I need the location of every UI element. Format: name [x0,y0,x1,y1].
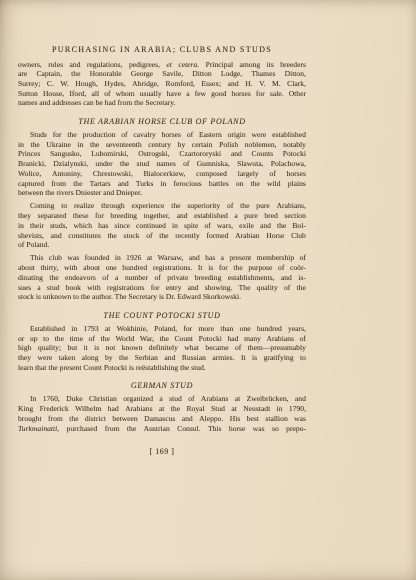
paragraph: Thisclubwasfoundedin1926atWarsaw,andhasa… [18,253,306,302]
text-line: shevists,andconstitutesthestockoftherece… [18,231,306,241]
word: one [240,324,251,334]
text-line: dinatingtheendeavorsofanumberofprivatebr… [18,273,306,283]
word: and [51,231,62,241]
word: taken [59,353,75,363]
word: in [277,404,283,414]
word: century [148,140,171,150]
word: they [18,211,31,221]
word: up [30,334,38,344]
word: The [239,283,251,293]
word: in [77,140,83,150]
word: Polachowa, [271,159,306,169]
section-heading: THE ARABIAN HORSE CLUB OF POLAND [18,117,306,127]
word: the [277,221,286,231]
word: noblemen, [245,140,277,150]
word: between [112,414,137,424]
word: of [102,273,108,283]
word: coör- [290,263,306,273]
word: It [241,353,246,363]
word: Surrey; [18,79,40,89]
word: Ditton [192,69,211,79]
word: of [155,273,161,283]
word: M. [272,79,281,89]
word: of [227,201,233,211]
word: for [151,283,160,293]
text-block: PURCHASING IN ARABIA; CLUBS AND STUDS ow… [18,45,306,457]
text-line: oruptothetimeoftheWorldWar,theCountPotoc… [18,334,306,344]
word: seventeenth [106,140,142,150]
word: in [172,221,178,231]
word: George [131,69,153,79]
word: gratifying [264,353,294,363]
word: regulations, [87,60,123,70]
word: Horse [266,231,284,241]
word: horses [231,89,250,99]
text-line: intheUkraineintheseventeenthcenturybycer… [18,140,306,150]
word: Thames [251,69,275,79]
word: established [272,130,306,140]
word: all [92,89,100,99]
word: formed [206,231,228,241]
word: founded [85,253,110,263]
word: production [83,130,116,140]
word: prepo- [286,424,306,434]
text-line: names and addresses can be had from the … [18,98,306,108]
word: bred [264,211,278,221]
word: Potocki [199,334,222,344]
word: In [30,394,36,404]
text-line: stock is unknown to the author. The Secr… [18,292,306,302]
word: Wokhinie, [117,324,148,334]
word: hundred [122,263,147,273]
word: these [73,211,89,221]
running-header: PURCHASING IN ARABIA; CLUBS AND STUDS [18,45,306,54]
word: of [300,334,306,344]
text-line: of Poland. [18,240,306,250]
word: membership [257,253,295,263]
word: horses [162,130,181,140]
word: a [115,273,118,283]
text-segment: learn that the present Count Potocki is … [18,363,206,372]
word: years, [288,324,306,334]
word: constitutes [68,231,100,241]
word: what [184,343,199,353]
word: H. [245,79,252,89]
word: of [104,89,110,99]
word: stock [124,231,140,241]
word: Turkmainatti, [18,424,59,434]
word: the [159,231,168,241]
word: the [90,140,99,150]
word: have [167,89,181,99]
word: of [187,130,193,140]
word: Sutton [18,89,38,99]
word: Bol- [292,221,306,231]
word: a [234,211,237,221]
word: at [231,404,236,414]
word: Savile, [162,69,183,79]
word: Duke [66,394,82,404]
word: W. [60,79,68,89]
word: purpose [248,263,272,273]
word: of [269,169,275,179]
word: and [182,414,193,424]
word: composed [196,169,227,179]
text-line: owners,rulesandregulations,pedigrees,etc… [18,60,306,70]
word: Slawuta, [237,159,263,169]
word: dinating [18,273,43,283]
word: Hough, [75,79,98,89]
word: Zweibrücken, [247,394,289,404]
word: 1926 [126,253,141,263]
text-line: theyseparatedtheseforbreedingtogether,an… [18,211,306,221]
word: the [251,179,260,189]
text-segment: names and addresses can be had from the … [18,98,175,107]
book-page: PURCHASING IN ARABIA; CLUBS AND STUDS ow… [0,0,416,580]
text-line: aboutthirty,withaboutonehundredregistrat… [18,263,306,273]
word: became [205,343,228,353]
word: among [240,60,261,70]
word: a [37,283,40,293]
text-line: Turkmainatti,purchasedfromtheAustrianCon… [18,424,306,434]
word: origin [228,130,246,140]
word: which [74,221,93,231]
word: Lubomirski, [91,149,128,159]
word: sues [18,283,31,293]
word: Other [289,89,306,99]
word: but [67,343,77,353]
word: wild [267,179,281,189]
word: was [67,253,79,263]
word: a [221,253,224,263]
word: and [231,149,242,159]
word: experience [132,201,165,211]
word: they [18,353,31,363]
word: Ukraine [46,140,70,150]
word: to [43,334,49,344]
word: breeders [280,60,306,70]
word: quality [257,283,278,293]
word: Essex; [201,79,221,89]
word: together, [144,211,170,221]
word: House, [43,89,64,99]
word: the [171,404,180,414]
word: on [236,179,244,189]
word: whom [116,89,135,99]
word: in [160,179,166,189]
word: the [101,334,110,344]
word: separated [38,211,67,221]
word: horse [229,424,245,434]
word: by [105,353,113,363]
word: C. [47,79,54,89]
word: are [18,69,27,79]
text-line: broughtfromthedistrictbetweenDamascusand… [18,414,306,424]
word: Branicki, [18,159,46,169]
word: of [89,334,95,344]
text-line: suesastudbookwithregistrationsforentryan… [18,283,306,293]
word: 1793 [83,324,98,334]
word: Neustadt [243,404,270,414]
word: and [188,283,199,293]
word: from [51,179,66,189]
word: It [198,263,203,273]
word: number [125,273,148,283]
word: continued [136,221,166,231]
word: Arabians [267,334,294,344]
word: Chrestowski, [93,169,133,179]
text-line: Wolice,Antoniny,Chrestowski,Bialocerkiew… [18,169,306,179]
word: captured [18,179,44,189]
word: His [230,414,241,424]
word: Tartars [90,179,111,189]
word: Sangusko, [50,149,81,159]
text-line: learn that the present Count Potocki is … [18,363,306,373]
word: in [18,140,24,150]
word: the [108,231,117,241]
word: the [127,424,136,434]
word: entry [166,283,182,293]
word: the [71,69,80,79]
word: under [95,159,112,169]
word: battles [209,179,229,189]
word: horses [287,169,306,179]
word: had [227,334,238,344]
word: Honorable [90,69,122,79]
word: the [69,414,78,424]
text-line: between the rivers Dniester and Dnieper. [18,188,306,198]
word: King [18,404,33,414]
word: War, [140,334,154,344]
word: the [31,140,40,150]
word: Ostrogski, [138,149,169,159]
word: not [106,343,116,353]
word: is- [298,273,306,283]
text-line: In1760,DukeChristianorganizedastudofArab… [18,394,306,404]
word: armies. [212,353,234,363]
text-line: Thisclubwasfoundedin1926atWarsaw,andhasa… [18,253,306,263]
word: a [159,394,162,404]
word: about [83,263,100,273]
word: Arabian [235,231,259,241]
word: Count [174,334,193,344]
word: more [198,324,214,334]
word: with [87,283,101,293]
word: This [30,253,44,263]
word: Wilhelm [75,404,101,414]
word: best [247,414,259,424]
word: Counts [252,149,274,159]
word: with [64,263,78,273]
word: endeavors [65,273,96,283]
word: This [208,424,222,434]
word: superiority [187,201,220,211]
word: district [85,414,106,424]
word: cavalry [133,130,155,140]
word: and [189,253,200,263]
word: the [49,273,58,283]
word: and [118,179,129,189]
word: purchased [67,424,98,434]
paragraph: Establishedin1793atWokhinie,Poland,formo… [18,324,306,373]
word: Czartororyski [179,149,221,159]
word: and [69,60,80,70]
word: wars, [217,221,233,231]
text-line: highquality;butitisnotknowndefinitelywha… [18,343,306,353]
word: club [49,253,62,263]
word: recently [175,231,199,241]
word: Austrian [144,424,170,434]
word: registrations. [153,263,192,273]
word: at [235,394,240,404]
word: from [48,414,63,424]
word: and [260,221,271,231]
word: present [229,253,251,263]
word: were [38,353,53,363]
word: the [240,201,249,211]
word: or [18,334,24,344]
word: Bialocerkiew, [143,169,185,179]
text-line: Establishedin1793atWokhinie,Poland,formo… [18,324,306,334]
paragraph: StudsfortheproductionofcavalryhorsesofEa… [18,130,306,198]
text-line: Comingtorealizethroughexperiencethesuper… [18,201,306,211]
word: and [228,79,239,89]
word: by [178,140,186,150]
word: were [252,130,267,140]
text-segment: stock is unknown to the author. The Secr… [18,292,241,301]
word: many [244,334,261,344]
word: rules [48,60,63,70]
text-line: areCaptain,theHonorableGeorgeSavile,Ditt… [18,69,306,79]
word: Warsaw, [158,253,184,263]
word: their [30,221,44,231]
word: good [211,89,226,99]
text-line: intheirstuds,whichhassincecontinuedinspi… [18,221,306,231]
word: 1790, [289,404,306,414]
word: since [114,221,130,231]
word: sale. [270,89,284,99]
word: certain [192,140,213,150]
word: Dzialynski, [53,159,88,169]
word: Coming [30,201,54,211]
word: Royal [186,404,204,414]
word: Stud [211,404,225,414]
word: of [300,253,306,263]
word: was [253,424,265,434]
word: is [94,343,99,353]
word: has [98,221,108,231]
word: of [146,231,152,241]
paragraph: Comingtorealizethroughexperiencethesuper… [18,201,306,250]
word: brought [18,414,42,424]
word: one [106,263,117,273]
text-line: PrincesSangusko,Lubomirski,Ostrogski,Cza… [18,149,306,159]
word: high [18,343,32,353]
word: a [186,89,189,99]
word: book [66,283,81,293]
page-number: [ 169 ] [18,447,306,457]
word: them—presumably [248,343,306,353]
word: the [73,179,82,189]
word: registrations [107,283,145,293]
word: Club [291,231,306,241]
word: Arabians, [277,201,306,211]
word: Potocki [283,149,306,159]
word: thirty, [41,263,59,273]
word: had [108,404,119,414]
text-line: Surrey;C.W.Hough,Hydes,Abridge,Romford,E… [18,79,306,89]
word: time [70,334,84,344]
word: breeding [110,211,137,221]
word: World [116,334,135,344]
word: in [18,221,24,231]
word: is [252,353,257,363]
word: Turks [136,179,153,189]
word: Principal [206,60,233,70]
word: realize [74,201,94,211]
word: Damascus [144,414,175,424]
word: of [284,283,290,293]
word: for [256,89,265,99]
word: Established [30,324,65,334]
paragraph: In1760,DukeChristianorganizedastudofArab… [18,394,306,433]
word: pure [244,211,258,221]
word: cetera. [178,60,199,70]
word: Wolice, [18,169,41,179]
word: at [105,324,110,334]
word: Abridge, [132,79,159,89]
word: Christian [89,394,117,404]
word: Consul. [177,424,200,434]
word: and [281,273,292,283]
word: Captain, [36,69,62,79]
word: studs, [50,221,68,231]
word: of [121,130,127,140]
word: has [205,253,215,263]
word: the [233,263,242,273]
word: plains [288,179,306,189]
word: Ditton, [285,69,306,79]
word: 1760, [43,394,60,404]
word: largely [238,169,259,179]
word: spite [184,221,198,231]
word: to [300,353,306,363]
text-line: SuttonHouse,Iford,allofwhomusuallyhaveaf… [18,89,306,99]
word: exile [239,221,254,231]
word: than [220,324,233,334]
word: for [183,324,192,334]
word: shevists, [18,231,44,241]
text-line: theyweretakenalongbytheSerbianandRussian… [18,353,306,363]
word: along [82,353,99,363]
word: Frederick [40,404,69,414]
word: the [119,353,128,363]
word: and [164,353,175,363]
paragraph: owners,rulesandregulations,pedigrees,etc… [18,60,306,109]
word: the [120,159,129,169]
word: Romford, [165,79,194,89]
word: its [267,60,274,70]
word: Arabians [125,404,152,414]
word: Antoniny, [52,169,82,179]
word: in [115,253,121,263]
word: private [167,273,188,283]
word: of [204,221,210,231]
word: notably [283,140,306,150]
word: established [194,211,228,221]
word: Russian [182,353,206,363]
word: so [272,424,279,434]
